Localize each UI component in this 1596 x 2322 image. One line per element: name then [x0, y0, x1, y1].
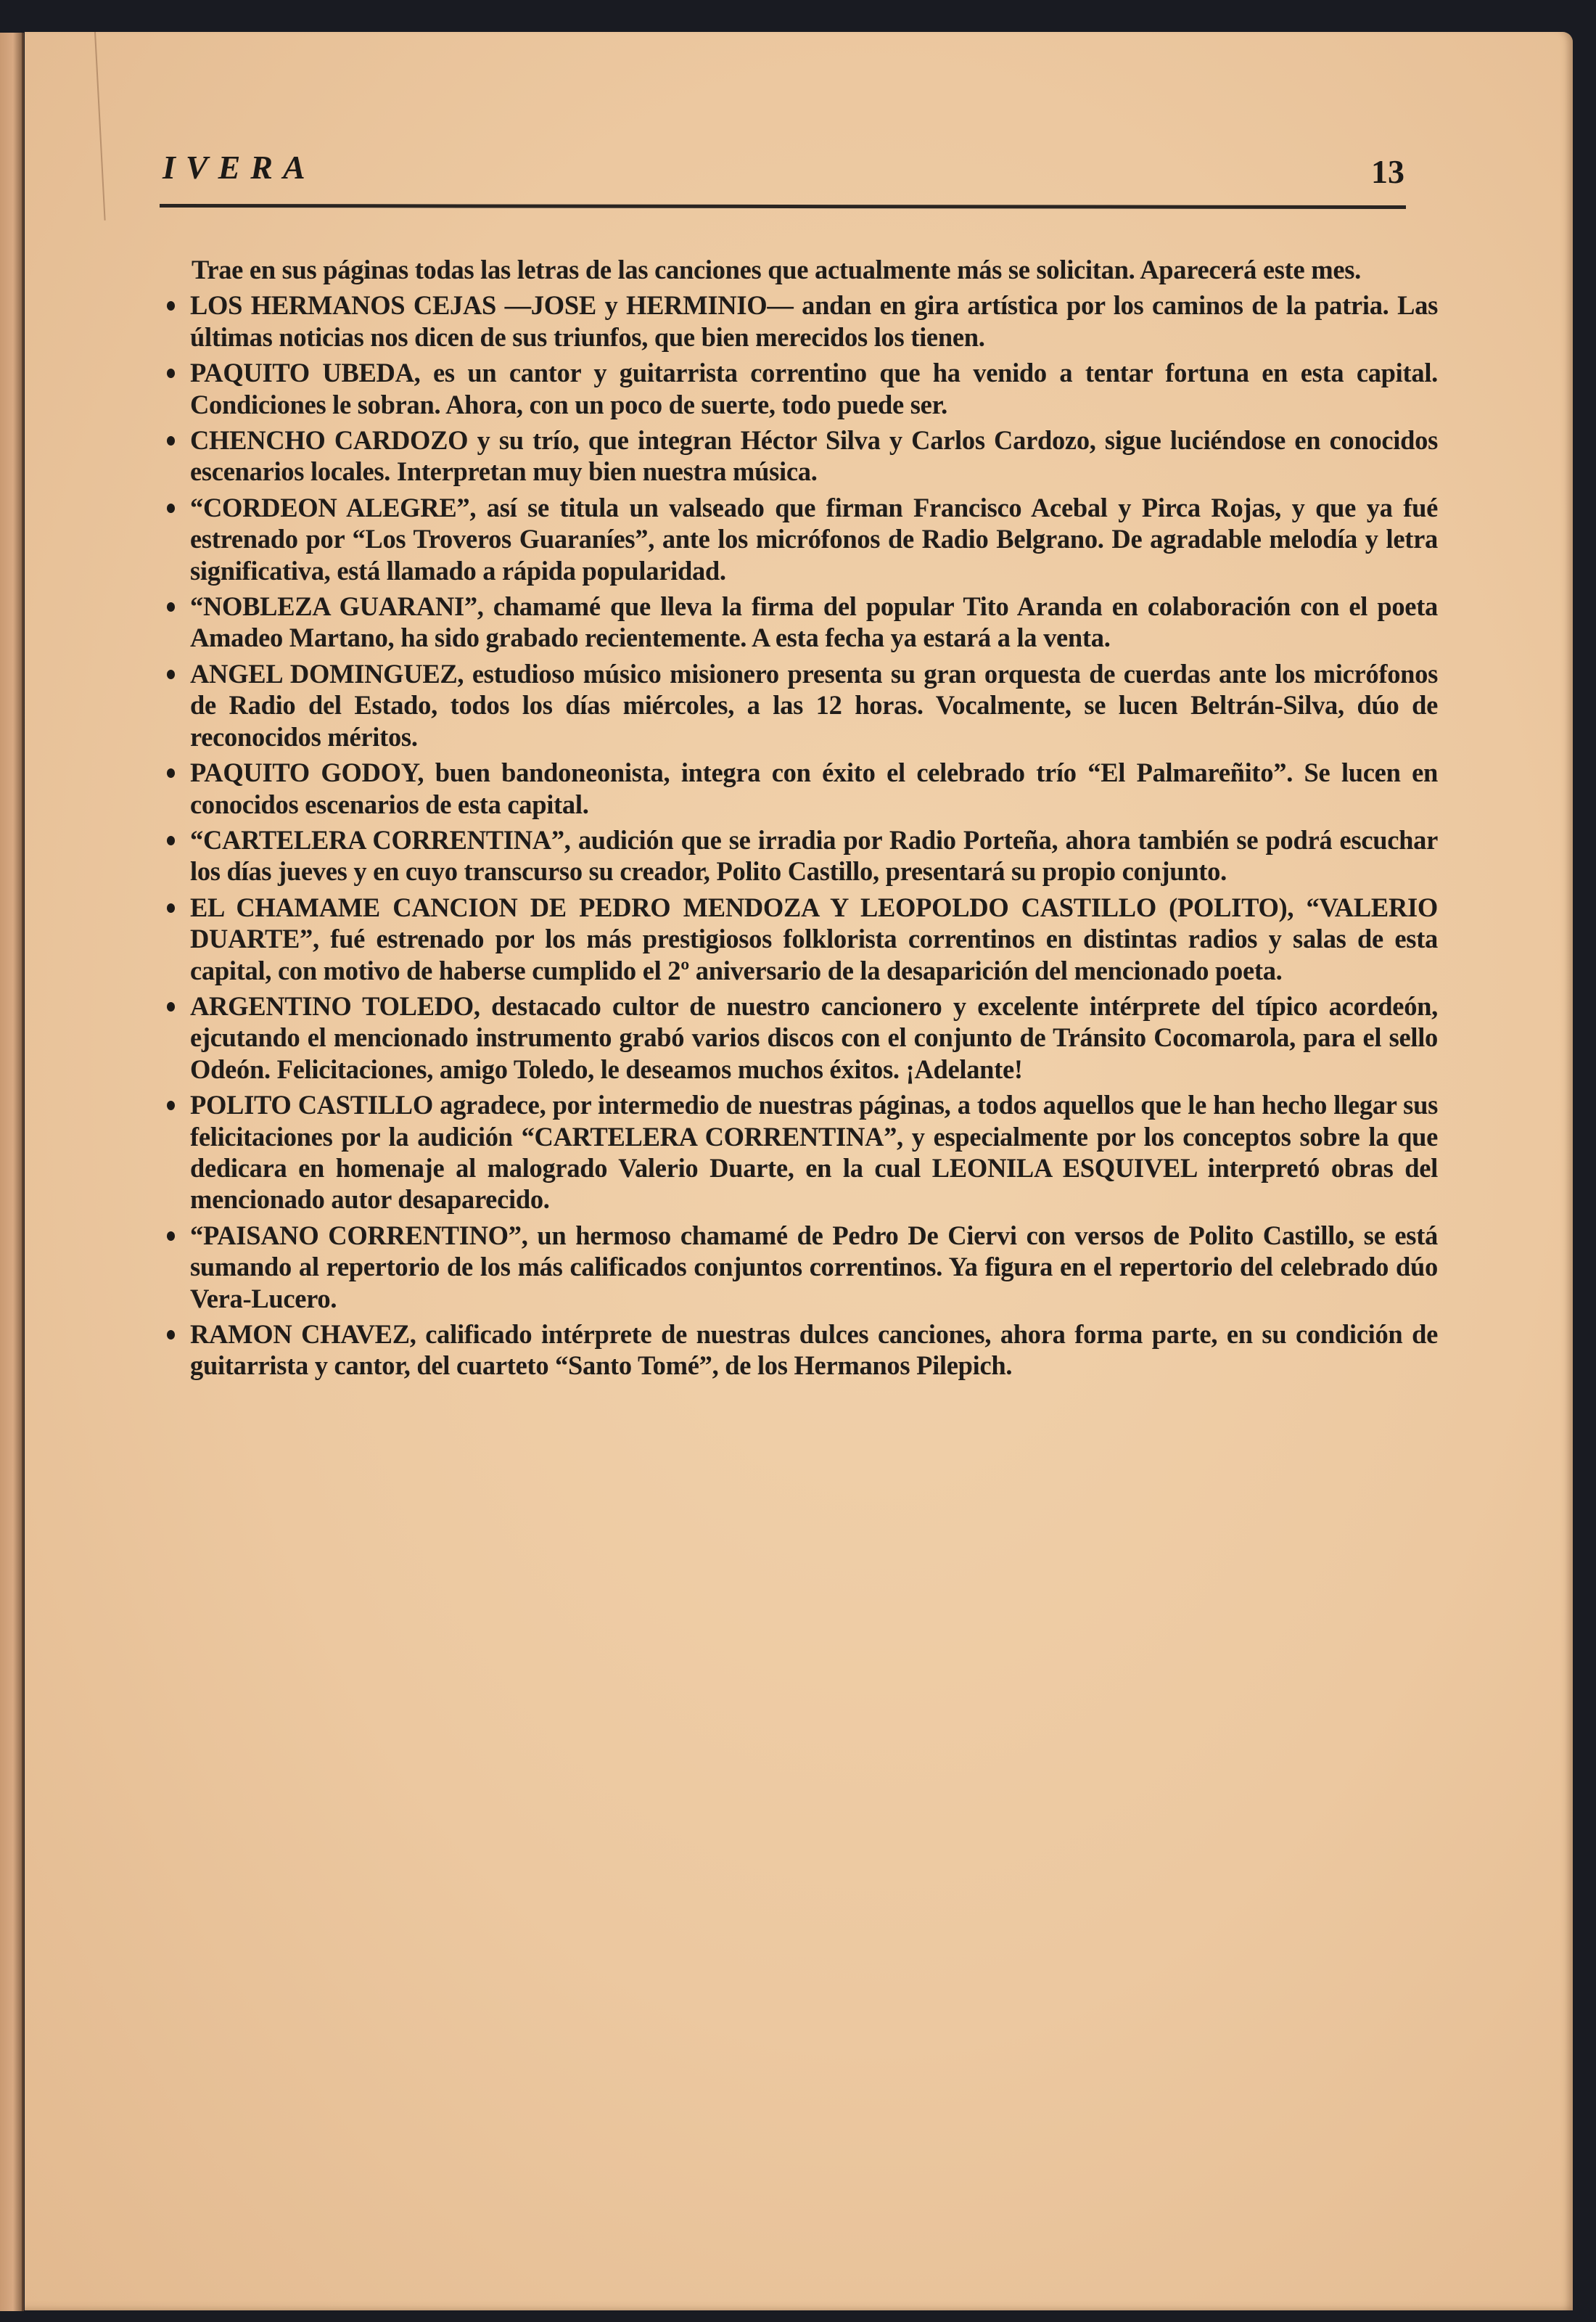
news-item: ANGEL DOMINGUEZ, estudioso músico mision…	[189, 658, 1438, 752]
page-crease	[94, 32, 106, 221]
bullet-icon	[167, 436, 175, 446]
bullet-icon	[167, 369, 175, 378]
news-item: PAQUITO GODOY, buen bandoneonista, integ…	[189, 757, 1438, 820]
running-title: IVERA	[163, 148, 316, 186]
bullet-icon	[167, 768, 175, 778]
news-item: POLITO CASTILLO agradece, por intermedio…	[189, 1089, 1438, 1215]
intro-paragraph: Trae en sus páginas todas las letras de …	[192, 254, 1438, 285]
news-item-text: “CORDEON ALEGRE”, así se titula un valse…	[190, 492, 1438, 586]
bullet-icon	[167, 903, 175, 913]
news-item: ARGENTINO TOLEDO, destacado cultor de nu…	[189, 990, 1438, 1085]
news-item-text: ANGEL DOMINGUEZ, estudioso músico mision…	[190, 658, 1438, 752]
news-item-text: LOS HERMANOS CEJAS —JOSE y HERMINIO— and…	[190, 290, 1438, 353]
news-item-text: POLITO CASTILLO agradece, por intermedio…	[190, 1089, 1438, 1215]
news-item-text: PAQUITO UBEDA, es un cantor y guitarrist…	[190, 357, 1438, 420]
news-column: Trae en sus páginas todas las letras de …	[189, 254, 1438, 1386]
news-item: “CORDEON ALEGRE”, así se titula un valse…	[189, 492, 1438, 586]
bullet-icon	[167, 602, 175, 612]
bullet-icon	[167, 1101, 175, 1110]
news-item: “NOBLEZA GUARANI”, chamamé que lleva la …	[189, 591, 1438, 654]
bullet-icon	[167, 504, 175, 513]
bullet-icon	[167, 1002, 175, 1012]
news-item-text: RAMON CHAVEZ, calificado intérprete de n…	[190, 1318, 1438, 1382]
page-number: 13	[1371, 152, 1404, 191]
news-item-text: PAQUITO GODOY, buen bandoneonista, integ…	[190, 757, 1438, 820]
header-rule	[160, 204, 1406, 209]
news-item: PAQUITO UBEDA, es un cantor y guitarrist…	[189, 357, 1438, 420]
bullet-icon	[167, 301, 175, 311]
news-item: RAMON CHAVEZ, calificado intérprete de n…	[189, 1318, 1438, 1382]
book-page: IVERA 13 Trae en sus páginas todas las l…	[25, 32, 1573, 2310]
news-item-text: CHENCHO CARDOZO y su trío, que integran …	[190, 424, 1438, 488]
news-item-text: “CARTELERA CORRENTINA”, audición que se …	[190, 824, 1438, 887]
news-item: CHENCHO CARDOZO y su trío, que integran …	[189, 424, 1438, 488]
news-item: LOS HERMANOS CEJAS —JOSE y HERMINIO— and…	[189, 290, 1438, 353]
news-item: EL CHAMAME CANCION DE PEDRO MENDOZA Y LE…	[189, 892, 1438, 986]
news-item: “CARTELERA CORRENTINA”, audición que se …	[189, 824, 1438, 887]
bullet-icon	[167, 670, 175, 679]
bullet-icon	[167, 836, 175, 845]
bullet-icon	[167, 1330, 175, 1340]
book-binding-edge	[0, 33, 24, 2311]
news-item-text: “PAISANO CORRENTINO”, un hermoso chamamé…	[190, 1220, 1438, 1314]
news-item-text: ARGENTINO TOLEDO, destacado cultor de nu…	[190, 990, 1438, 1085]
news-item: “PAISANO CORRENTINO”, un hermoso chamamé…	[189, 1220, 1438, 1314]
news-item-text: “NOBLEZA GUARANI”, chamamé que lleva la …	[190, 591, 1438, 654]
news-item-text: EL CHAMAME CANCION DE PEDRO MENDOZA Y LE…	[190, 892, 1438, 986]
bullet-icon	[167, 1231, 175, 1241]
